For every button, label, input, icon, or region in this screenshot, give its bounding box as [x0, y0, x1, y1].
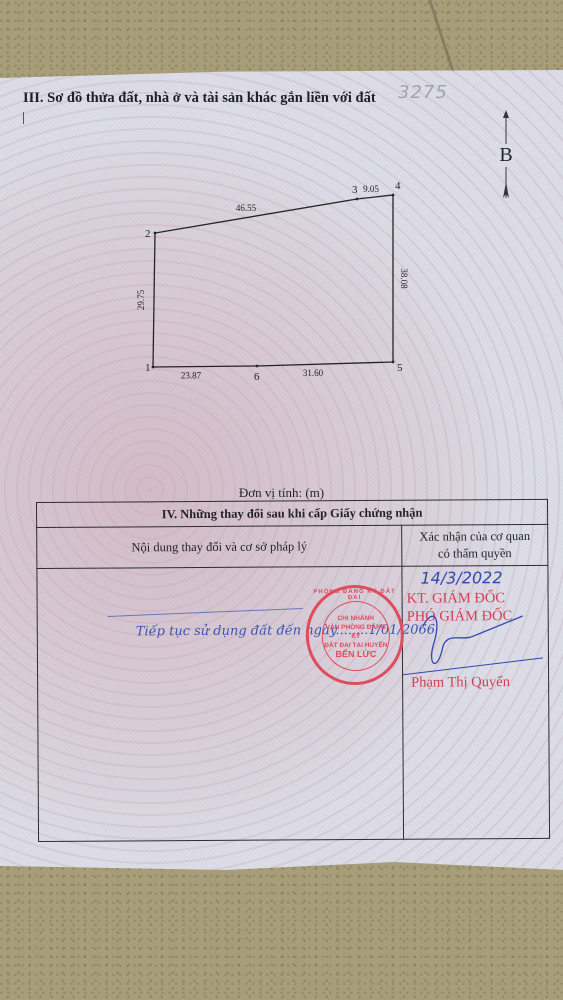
edge-length-4-5: 38.08: [399, 268, 409, 289]
col-confirm-header-line1: Xác nhận của cơ quan: [403, 528, 546, 546]
unit-label: Đơn vị tính: (m): [0, 485, 563, 501]
col-confirm-header-line2: có thẩm quyền: [403, 545, 546, 563]
seal-line2: VĂN PHÒNG ĐĂNG KÝ: [323, 622, 389, 640]
edge-length-1-2: 29.75: [136, 289, 146, 310]
seal-center: CHI NHÁNH VĂN PHÒNG ĐĂNG KÝ ĐẤT ĐAI TẠI …: [322, 601, 390, 671]
edge-length-3-4: 9.05: [363, 184, 379, 194]
seal-line1: CHI NHÁNH: [337, 613, 374, 622]
north-arrow: B: [496, 110, 516, 202]
signer-name: Phạm Thị Quyển: [411, 674, 510, 692]
margin-tick: [23, 112, 24, 124]
edge-length-6-1: 23.87: [181, 371, 202, 381]
change-entry-text: Tiếp tục sử dụng đất đến ngày........1/0…: [136, 623, 435, 640]
changes-table-title: IV. Những thay đổi sau khi cấp Giấy chứn…: [37, 499, 548, 527]
col-confirm-header: Xác nhận của cơ quan có thẩm quyền: [402, 524, 548, 566]
sign-date: 14/3/2022: [420, 568, 502, 588]
point-label-2: 2: [145, 228, 151, 240]
official-seal: PHÒNG ĐĂNG KÝ ĐẤT ĐAI CHI NHÁNH VĂN PHÒN…: [306, 585, 405, 686]
land-certificate-page: III. Sơ đồ thửa đất, nhà ở và tài sản kh…: [0, 70, 563, 870]
parcel-outline: [153, 195, 393, 367]
section-title: III. Sơ đồ thửa đất, nhà ở và tài sản kh…: [23, 90, 376, 107]
edge-length-2-3: 46.55: [236, 203, 257, 213]
point-label-6: 6: [254, 371, 260, 383]
north-label: B: [496, 144, 516, 167]
north-arrow-icon: [496, 110, 516, 202]
seal-line4: BẾN LỨC: [335, 649, 376, 658]
col-content-header: Nội dung thay đổi và cơ sở pháp lý: [37, 525, 402, 568]
handwritten-underline: [108, 608, 303, 617]
change-content-cell: Tiếp tục sử dụng đất đến ngày........1/0…: [37, 566, 404, 841]
seal-line3: ĐẤT ĐAI TẠI HUYỆN: [324, 640, 387, 649]
seal-ring-text: PHÒNG ĐĂNG KÝ ĐẤT ĐAI: [309, 589, 401, 602]
point-label-3: 3: [352, 184, 358, 196]
edge-length-5-6: 31.60: [303, 368, 324, 378]
signature-icon: [403, 586, 544, 697]
plot-diagram: 123456 29.7546.559.0538.0831.6023.87: [0, 70, 563, 490]
signer-role-2: PHÓ GIÁM ĐỐC: [407, 608, 513, 626]
point-label-4: 4: [395, 180, 401, 192]
point-label-5: 5: [397, 362, 403, 374]
changes-table: IV. Những thay đổi sau khi cấp Giấy chứn…: [36, 499, 550, 842]
confirmation-cell: 14/3/2022 KT. GIÁM ĐỐC PHÓ GIÁM ĐỐC Phạm…: [402, 565, 550, 839]
point-label-1: 1: [145, 362, 151, 374]
handwritten-number: 3275: [398, 82, 448, 103]
signer-role-1: KT. GIÁM ĐỐC: [407, 590, 506, 608]
